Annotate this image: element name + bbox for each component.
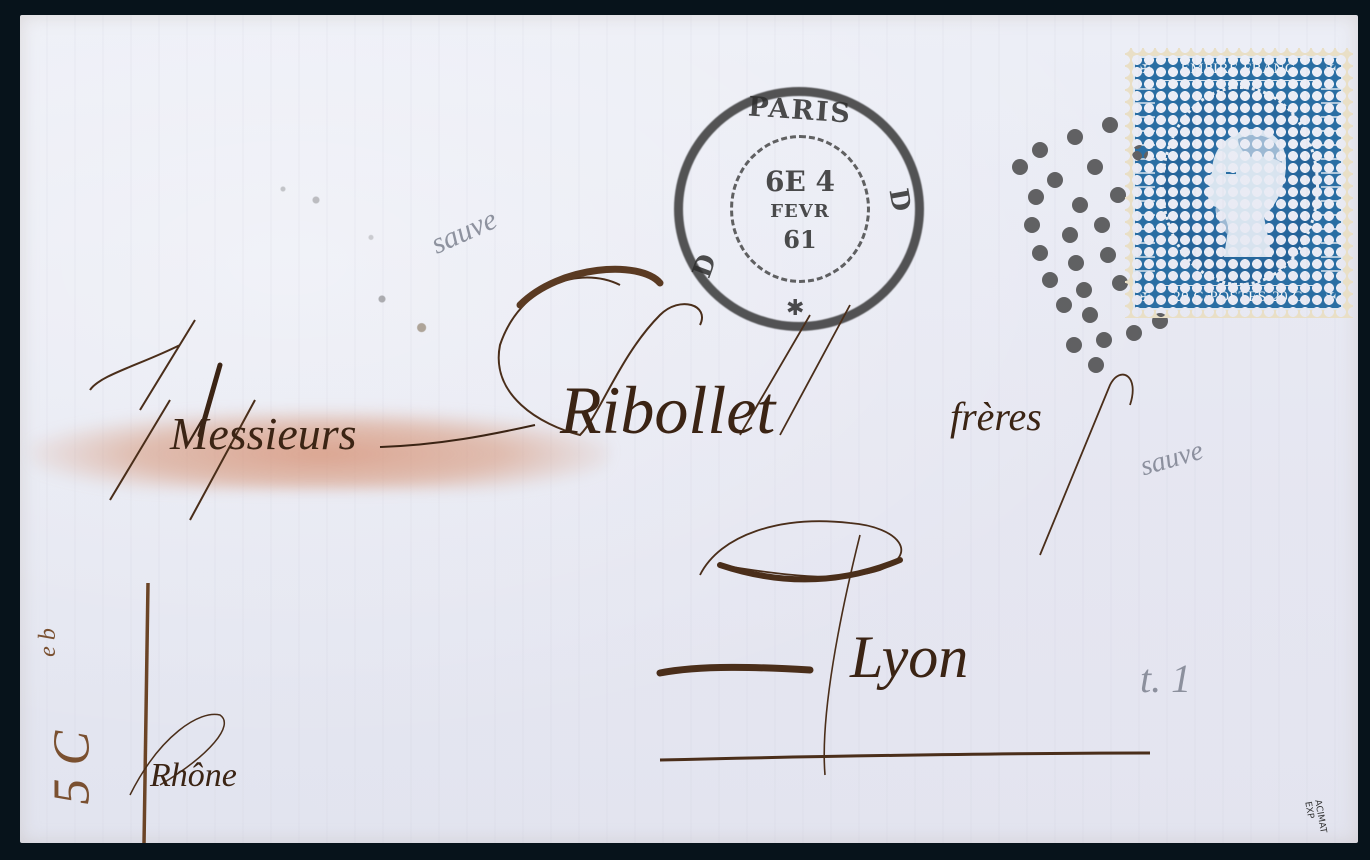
- address-salutation: Messieurs: [170, 407, 357, 460]
- pencil-reference: t. 1: [1140, 655, 1191, 702]
- rate-note: 5 C: [43, 685, 102, 805]
- address-name: Ribollet: [560, 371, 775, 450]
- address-city: Lyon: [850, 623, 968, 692]
- rate-note-small: e b: [35, 628, 62, 657]
- postal-cover: PARIS D D 6E 4 FEVR 61 ✱ EMPIRE FRANC ✠ …: [20, 15, 1358, 843]
- address-department: Rhône: [150, 757, 237, 795]
- address-suffix: frères: [950, 393, 1042, 440]
- expert-signature-mark: ACIMAT EXP: [1308, 797, 1358, 843]
- scan-background: PARIS D D 6E 4 FEVR 61 ✱ EMPIRE FRANC ✠ …: [0, 0, 1370, 860]
